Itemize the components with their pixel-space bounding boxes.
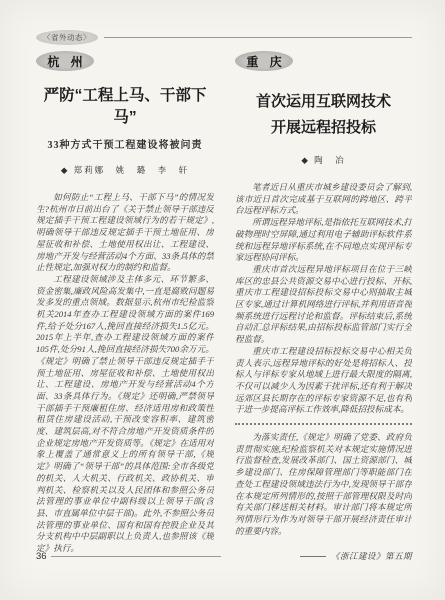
section-tag-row: 〈省外动态〉	[36, 30, 412, 45]
two-column-layout: 杭 州 严防“工程上马、干部下马” 33种方式干预工程建设将被问责 ◆ 郑莉娜 …	[36, 51, 412, 559]
left-article-continuation-paragraph: 为落实责任,《规定》明确了党委、政府负责贯彻实施,纪检监察机关对本规定实施情况进…	[235, 432, 412, 537]
right-article-paragraph-4: 重庆市工程建设招标投标交易中心相关负责人表示,远程异地评标的好处是将招标人、投标…	[235, 346, 412, 416]
top-rule	[104, 37, 412, 38]
left-article-subtitle: 33种方式干预工程建设将被问责	[36, 136, 214, 151]
right-article-paragraph-1: 笔者近日从重庆市城乡建设委员会了解到,该市近日首次完成基于互联网的跨地区、跨平台…	[235, 182, 412, 217]
right-article-paragraph-3: 重庆市首次远程异地评标项目在位于三峡库区的忠县公共资源交易中心进行投标、开标,重…	[235, 264, 412, 346]
city-badge-chongqing: 重 庆	[235, 51, 293, 71]
right-article-paragraph-2: 所谓远程异地评标,是指依托互联网技术,打破物理时空屏障,通过利用电子辅助评标软件…	[235, 217, 412, 264]
right-article-title-line1: 首次运用互联网技术	[256, 93, 391, 110]
right-column-chongqing-article: 重 庆 首次运用互联网技术 开展远程招投标 ◆ 陶 冶 笔者近日从重庆市城乡建设…	[235, 51, 412, 559]
right-article-title: 首次运用互联网技术 开展远程招投标	[235, 89, 412, 141]
ornamental-article-separator	[235, 423, 412, 425]
city-badge-hangzhou: 杭 州	[36, 51, 94, 71]
section-tag: 〈省外动态〉	[36, 30, 98, 45]
right-article-authors: ◆ 陶 冶	[235, 154, 412, 166]
right-article-title-line2: 开展远程招投标	[271, 119, 376, 136]
magazine-page: 〈省外动态〉 杭 州 严防“工程上马、干部下马” 33种方式干预工程建设将被问责…	[0, 0, 445, 600]
left-article-authors: ◆ 郑莉娜 姚 璐 李 轩	[36, 164, 214, 176]
left-column-hangzhou-article: 杭 州 严防“工程上马、干部下马” 33种方式干预工程建设将被问责 ◆ 郑莉娜 …	[36, 51, 214, 559]
left-article-title: 严防“工程上马、干部下马”	[36, 83, 214, 127]
left-article-paragraph-2: 工程建设领域涉及主体多元、环节繁多、资金密集,廉政风险高发集中,一直是腐败问题易…	[36, 274, 214, 555]
left-article-paragraph-1: 如何防止“工程上马、干部下马”的情况发生?杭州市日前出台了《关于禁止领导干部违反…	[36, 192, 214, 274]
